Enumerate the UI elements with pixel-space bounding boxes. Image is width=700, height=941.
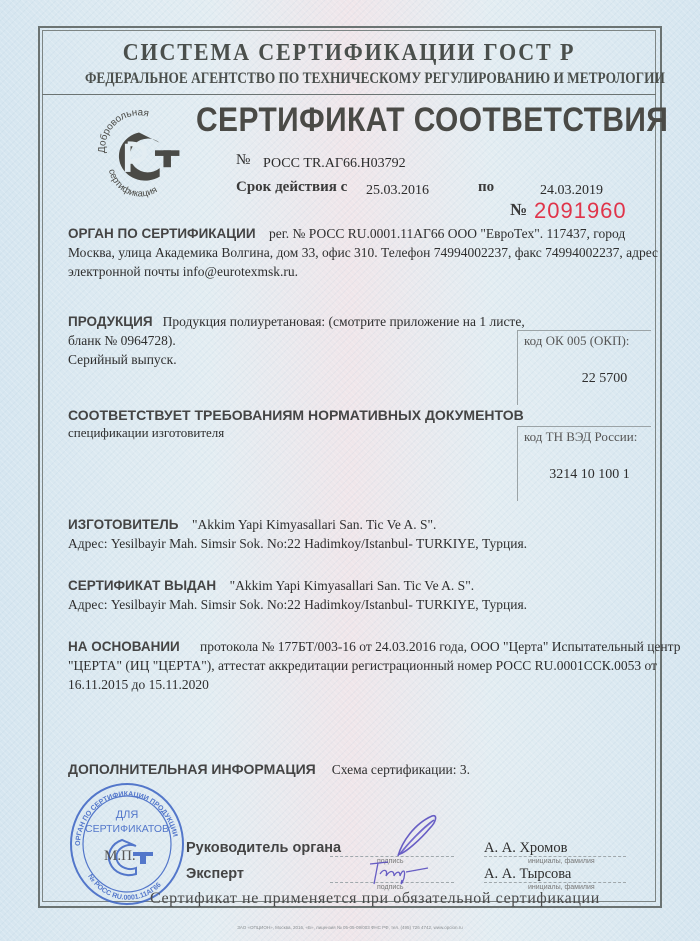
head-signature-icon (392, 812, 442, 860)
conformity-text: спецификации изготовителя (68, 423, 524, 442)
head-label: Руководитель органа (186, 840, 341, 856)
product-line1: Продукция полиуретановая: (смотрите прил… (163, 314, 525, 329)
blank-number: 2091960 (534, 198, 627, 224)
footer-notice: Сертификат не применяется при обязательн… (150, 890, 600, 908)
certification-system-title: СИСТЕМА СЕРТИФИКАЦИИ ГОСТ Р (67, 40, 632, 67)
svg-text:ДЛЯ: ДЛЯ (116, 809, 139, 821)
certification-body-section: ОРГАН ПО СЕРТИФИКАЦИИ рег. № РОСС RU.000… (68, 224, 628, 281)
tnved-code-box: код ТН ВЭД России: 3214 10 100 1 (517, 426, 651, 501)
valid-to-label: по (478, 179, 494, 196)
manufacturer-name: "Akkim Yapi Kimyasallari San. Tic Ve A. … (192, 517, 436, 532)
product-label: ПРОДУКЦИЯ (68, 314, 153, 329)
valid-from: 25.03.2016 (366, 183, 429, 199)
stamp-mp-label: М.П. (104, 848, 136, 865)
printer-imprint: ЗАО «ОПЦИОН», Москва, 2016, «Б», лицензи… (180, 925, 520, 930)
tnved-code-label: код ТН ВЭД России: (524, 429, 637, 445)
expert-label: Эксперт (186, 866, 244, 882)
conformity-label: СООТВЕТСТВУЕТ ТРЕБОВАНИЯМ НОРМАТИВНЫХ ДО… (68, 407, 524, 423)
manufacturer-label: ИЗГОТОВИТЕЛЬ (68, 517, 178, 532)
conformity-section: СООТВЕТСТВУЕТ ТРЕБОВАНИЯМ НОРМАТИВНЫХ ДО… (68, 407, 524, 442)
cert-number: РОСС TR.АГ66.Н03792 (263, 156, 406, 172)
issued-to-section: СЕРТИФИКАТ ВЫДАН "Akkim Yapi Kimyasallar… (68, 576, 628, 614)
okp-code-value: 22 5700 (538, 371, 671, 387)
cert-number-label: № (236, 152, 250, 169)
head-name-line (484, 856, 626, 857)
additional-info-text: Схема сертификации: 3. (332, 762, 470, 777)
certification-body-line1: рег. № РОСС RU.0001.11АГ66 ООО "ЕвроТех"… (269, 226, 625, 241)
expert-signature-icon (366, 858, 436, 888)
product-line2: бланк № 0964728). (68, 331, 518, 350)
head-name: А. А. Хромов (484, 840, 567, 857)
basis-label: НА ОСНОВАНИИ (68, 639, 180, 654)
validity-label: Срок действия с (236, 179, 347, 196)
document-title: СЕРТИФИКАТ СООТВЕТСТВИЯ (196, 101, 668, 140)
basis-line3: 16.11.2015 до 15.11.2020 (68, 675, 648, 694)
issued-to-label: СЕРТИФИКАТ ВЫДАН (68, 578, 216, 593)
manufacturer-address: Адрес: Yesilbayir Mah. Simsir Sok. No:22… (68, 534, 628, 553)
basis-line2: "ЦЕРТА" (ИЦ "ЦЕРТА"), аттестат аккредита… (68, 656, 648, 675)
expert-name-line (484, 882, 626, 883)
certification-body-label: ОРГАН ПО СЕРТИФИКАЦИИ (68, 226, 256, 241)
tnved-code-value: 3214 10 100 1 (523, 467, 656, 483)
agency-name: ФЕДЕРАЛЬНОЕ АГЕНТСТВО ПО ТЕХНИЧЕСКОМУ РЕ… (85, 70, 613, 88)
product-section: ПРОДУКЦИЯ Продукция полиуретановая: (смо… (68, 312, 518, 369)
issued-to-name: "Akkim Yapi Kimyasallari San. Tic Ve A. … (230, 578, 474, 593)
certification-body-line2: Москва, улица Академика Волгина, дом 33,… (68, 243, 628, 262)
manufacturer-section: ИЗГОТОВИТЕЛЬ "Akkim Yapi Kimyasallari Sa… (68, 515, 628, 553)
rst-logo-icon: Добровольная сертификация (92, 108, 186, 202)
expert-name: А. А. Тырсова (484, 866, 571, 883)
okp-code-box: код ОК 005 (ОКП): 22 5700 (517, 330, 651, 405)
header-divider (42, 94, 656, 95)
valid-to: 24.03.2019 (540, 183, 603, 199)
head-name-caption: инициалы, фамилия (528, 858, 595, 865)
basis-section: НА ОСНОВАНИИ протокола № 177БТ/003-16 от… (68, 637, 648, 694)
product-line3: Серийный выпуск. (68, 350, 518, 369)
additional-info-label: ДОПОЛНИТЕЛЬНАЯ ИНФОРМАЦИЯ (68, 761, 316, 777)
basis-line1: протокола № 177БТ/003-16 от 24.03.2016 г… (200, 639, 680, 654)
blank-number-label: № (510, 200, 527, 220)
official-stamp-icon: ОРГАН ПО СЕРТИФИКАЦИИ ПРОДУКЦИИ № РОСС R… (66, 776, 188, 906)
certification-body-line3: электронной почты info@eurotexmsk.ru. (68, 262, 628, 281)
svg-text:СЕРТИФИКАТОВ: СЕРТИФИКАТОВ (85, 823, 169, 835)
issued-to-address: Адрес: Yesilbayir Mah. Simsir Sok. No:22… (68, 595, 628, 614)
okp-code-label: код ОК 005 (ОКП): (524, 333, 629, 349)
